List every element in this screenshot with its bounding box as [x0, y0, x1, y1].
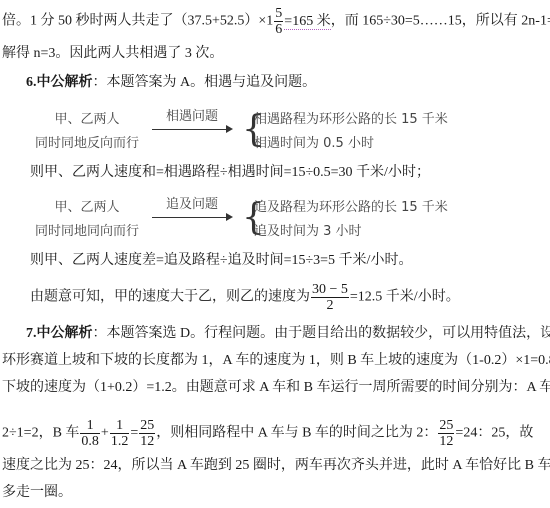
fraction-numerator: 5 [274, 6, 283, 22]
q6-header: 6.中公解析：本题答案为 A。相遇与追及问题。 [26, 74, 316, 92]
text: =12.5 千米/小时。 [350, 290, 460, 305]
diagram-left-line: 同时同地同向而行 [32, 220, 142, 244]
arrow-head-icon [226, 213, 233, 221]
paragraph-line: 由题意可知，甲的速度大于乙，则乙的速度为30 − 52=12.5 千米/小时。 [30, 282, 460, 313]
fraction: 56 [274, 6, 283, 37]
text: =24：25，故 [455, 426, 533, 441]
text: 2÷1=2，B 车 [2, 426, 79, 441]
text: 环形赛道上坡和下坡的长度都为 1，A 车的速度为 1，则 B 车上坡的速度为（1… [2, 353, 550, 368]
paragraph-line: 速度之比为 25：24，所以当 A 车跑到 25 圈时，两车再次齐头并进，此时 … [2, 457, 550, 475]
paragraph-line: 2÷1=2，B 车10.8+11.2=2512，则相同路程中 A 车与 B 车的… [2, 418, 533, 449]
paragraph-line: 多走一圈。 [2, 484, 72, 502]
text: ：本题答案为 A。相遇与追及问题。 [93, 75, 317, 90]
fraction-denominator: 0.8 [80, 434, 100, 449]
diagram-left: 甲、乙两人 同时同地同向而行 [32, 196, 142, 244]
fraction: 2512 [438, 418, 454, 449]
fraction-denominator: 6 [274, 22, 283, 37]
arrow-head-icon [226, 125, 233, 133]
text: = [130, 426, 138, 441]
diagram-right-line: 追及时间为 3 小时 [254, 220, 448, 244]
diagram-right-line: 相遇时间为 0.5 小时 [254, 132, 448, 156]
text: ，则相同路程中 A 车与 B 车的时间之比为 2： [156, 426, 437, 441]
paragraph-line: 环形赛道上坡和下坡的长度都为 1，A 车的速度为 1，则 B 车上坡的速度为（1… [2, 352, 550, 370]
diagram-arrow: 追及问题 [152, 196, 232, 226]
paragraph-line: 倍。1 分 50 秒时两人共走了（37.5+52.5）×156=165 米，而 … [2, 6, 550, 37]
diagram-left-line: 同时同地反向而行 [32, 132, 142, 156]
diagram-right-line: 相遇路程为环形公路的长 15 千米 [254, 108, 448, 132]
fraction-numerator: 1 [80, 418, 100, 434]
paragraph-line: 则甲、乙两人速度差=追及路程÷追及时间=15÷3=5 千米/小时。 [30, 252, 412, 270]
fraction-denominator: 2 [311, 298, 349, 313]
fraction-denominator: 1.2 [110, 434, 130, 449]
text: 则甲、乙两人速度和=相遇路程÷相遇时间=15÷0.5=30 千米/小时； [30, 165, 430, 180]
text: ，而 165÷30=5……15，所以有 2n-1=5， [331, 14, 550, 29]
q7-header: 7.中公解析：本题答案选 D。行程问题。由于题目给出的数据较少，可以用特值法，设 [26, 325, 550, 343]
paragraph-line: 解得 n=3。因此两人共相遇了 3 次。 [2, 45, 223, 63]
fraction-denominator: 12 [438, 434, 454, 449]
diagram-right-line: 追及路程为环形公路的长 15 千米 [254, 196, 448, 220]
paragraph-line: 下坡的速度为（1+0.2）=1.2。由题意可求 A 车和 B 车运行一周所需要的… [2, 379, 550, 397]
arrow-label: 相遇问题 [152, 108, 232, 126]
text: 速度之比为 25：24，所以当 A 车跑到 25 圈时，两车再次齐头并进，此时 … [2, 458, 550, 473]
text: 由题意可知，甲的速度大于乙，则乙的速度为 [30, 290, 310, 305]
text: 下坡的速度为（1+0.2）=1.2。由题意可求 A 车和 B 车运行一周所需要的… [2, 380, 550, 395]
fraction-numerator: 1 [110, 418, 130, 434]
arrow-line [152, 129, 228, 130]
text: 则甲、乙两人速度差=追及路程÷追及时间=15÷3=5 千米/小时。 [30, 253, 412, 268]
paragraph-line: 则甲、乙两人速度和=相遇路程÷相遇时间=15÷0.5=30 千米/小时； [30, 164, 430, 182]
fraction-numerator: 25 [438, 418, 454, 434]
arrow-line [152, 217, 228, 218]
text: =165 米 [284, 14, 330, 30]
text: 解得 n=3。因此两人共相遇了 3 次。 [2, 46, 223, 61]
fraction: 10.8 [80, 418, 100, 449]
q7-label: 7.中公解析 [26, 326, 93, 341]
text: 多走一圈。 [2, 485, 72, 500]
text: 倍。1 分 50 秒时两人共走了（37.5+52.5）×1 [2, 14, 273, 29]
diagram-left-line: 甲、乙两人 [32, 196, 142, 220]
diagram-arrow: 相遇问题 [152, 108, 232, 138]
arrow-label: 追及问题 [152, 196, 232, 214]
fraction-numerator: 30 − 5 [311, 282, 349, 298]
fraction: 30 − 52 [311, 282, 349, 313]
fraction: 2512 [139, 418, 155, 449]
fraction-numerator: 25 [139, 418, 155, 434]
diagram-right: 追及路程为环形公路的长 15 千米 追及时间为 3 小时 [254, 196, 448, 244]
fraction: 11.2 [110, 418, 130, 449]
fraction-denominator: 12 [139, 434, 155, 449]
q6-label: 6.中公解析 [26, 75, 93, 90]
text: + [101, 426, 109, 441]
text: ：本题答案选 D。行程问题。由于题目给出的数据较少，可以用特值法，设 [93, 326, 550, 341]
diagram-left-line: 甲、乙两人 [32, 108, 142, 132]
diagram-left: 甲、乙两人 同时同地反向而行 [32, 108, 142, 156]
diagram-right: 相遇路程为环形公路的长 15 千米 相遇时间为 0.5 小时 [254, 108, 448, 156]
